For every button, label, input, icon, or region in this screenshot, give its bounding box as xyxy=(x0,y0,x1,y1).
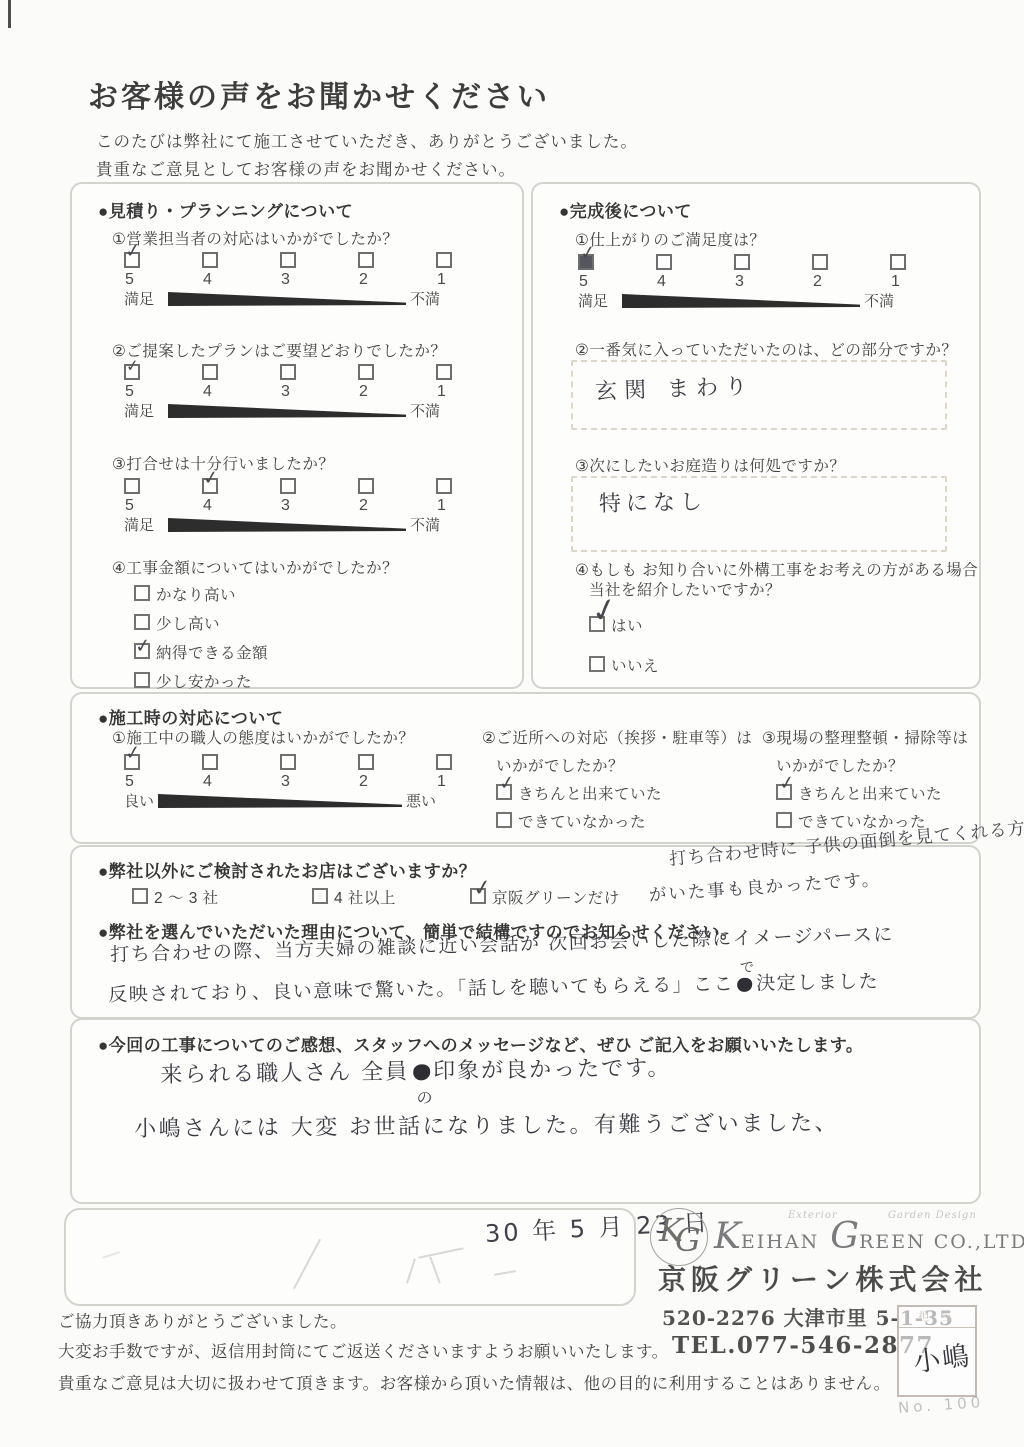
handwriting-reason-sup: で xyxy=(740,957,756,977)
company-name: 京阪グリーン株式会社 xyxy=(658,1258,987,1298)
scale-bad-label: 悪い xyxy=(406,790,436,811)
rating-checkbox-2[interactable] xyxy=(358,364,374,380)
scale-dissatisfied-label: 不満 xyxy=(410,288,440,309)
rating-checkbox-3[interactable] xyxy=(280,754,296,770)
logo-text-eihan: EIHAN xyxy=(741,1231,819,1253)
rating-number: 4 xyxy=(203,497,218,515)
logo-small-text-2: Garden Design xyxy=(888,1210,977,1221)
checkbox[interactable]: ✓ xyxy=(470,888,486,904)
checkbox[interactable]: ✓ xyxy=(589,616,605,632)
rating-number: 1 xyxy=(437,383,452,401)
construction-q3-label-line2: いかがでしたか？ xyxy=(776,754,904,776)
rating-checkbox-1[interactable] xyxy=(436,252,452,268)
rating-checkbox-5[interactable] xyxy=(124,478,140,494)
rating-number: 3 xyxy=(735,273,750,291)
rating-number: 2 xyxy=(359,271,374,289)
option-label: 2 ～ 3 社 xyxy=(154,890,219,907)
rating-checkbox-4[interactable] xyxy=(202,754,218,770)
neighbor-option-not-done[interactable]: できていなかった xyxy=(496,810,646,832)
price-option-too-high[interactable]: かなり高い xyxy=(134,583,236,605)
checkbox[interactable] xyxy=(776,812,792,828)
site-option-done-well[interactable]: ✓きちんと出来ていた xyxy=(776,782,942,804)
company-tel: TEL.077-546-2877 xyxy=(672,1332,934,1359)
construction-q2-label-line1: ②ご近所への対応（挨拶・駐車等）は xyxy=(482,726,752,748)
rating-number: 3 xyxy=(281,271,296,289)
completion-q4-label-line2: 当社を紹介したいですか？ xyxy=(589,578,781,600)
rating-checkbox-1[interactable] xyxy=(436,478,452,494)
impressions-header: ●今回の工事についてのご感想、スタッフへのメッセージなど、ぜひ ご記入をお願いい… xyxy=(98,1031,863,1056)
completion-q4-label-line1: ④もしも お知り合いに外構工事をお考えの方がある場合 xyxy=(575,558,978,580)
rating-number: 2 xyxy=(359,773,374,791)
scale-wedge xyxy=(622,294,860,308)
scale-satisfied-label: 満足 xyxy=(124,400,154,421)
rating-number: 3 xyxy=(281,383,296,401)
option-label: 納得できる金額 xyxy=(156,645,268,662)
scale-satisfied-label: 満足 xyxy=(124,288,154,309)
rating-number: 2 xyxy=(359,383,374,401)
planning-q2-scale: ✓5 4 3 2 1 満足不満 xyxy=(124,364,464,422)
logo-letter-k: K xyxy=(714,1216,741,1257)
scale-wedge xyxy=(168,404,406,418)
handwriting-next-garden: 特になし xyxy=(599,485,708,518)
scan-artifact xyxy=(8,0,11,28)
option-label: かなり高い xyxy=(156,587,236,604)
handwriting-message-pre: 来られる職人さん 全員 xyxy=(160,1060,409,1088)
rating-number: 3 xyxy=(281,497,296,515)
planning-q1-label: ①営業担当者の対応はいかがでしたか？ xyxy=(112,227,398,249)
ink-blob xyxy=(737,978,752,992)
scale-wedge xyxy=(168,518,406,532)
rating-checkbox-3[interactable] xyxy=(734,254,750,270)
handwriting-message-post: 印象が良かったです。 xyxy=(433,1056,672,1084)
rating-number: 3 xyxy=(281,773,296,791)
pencil-scribble xyxy=(102,1251,120,1258)
handwriting-reason-line2-text2: 決定しました xyxy=(756,971,879,995)
ink-blob-icon: で xyxy=(734,973,756,995)
rating-checkbox-5[interactable]: ✓ xyxy=(124,252,140,268)
compare-option-2-3[interactable]: 2 ～ 3 社 xyxy=(132,886,219,908)
rating-checkbox-1[interactable] xyxy=(890,254,906,270)
rating-number: 5 xyxy=(579,273,594,291)
check-mark-icon: ✓ xyxy=(134,636,153,657)
logo-letter-g: G xyxy=(830,1216,859,1257)
planning-q3-label: ③打合せは十分行いましたか？ xyxy=(112,452,334,474)
rating-checkbox-5[interactable]: ✓ xyxy=(124,364,140,380)
rating-checkbox-4[interactable] xyxy=(202,252,218,268)
checkbox[interactable]: ✓ xyxy=(134,643,150,659)
scale-wedge xyxy=(168,292,406,306)
planning-header: ●見積り・プランニングについて xyxy=(98,197,353,222)
handwriting-stamp-name: 小嶋 xyxy=(911,1334,973,1380)
handwriting-message-line2: 小嶋さんには 大変 お世話になりました。有難うございました、 xyxy=(134,1106,839,1143)
footer-line-2: 大変お手数ですが、返信用封筒にてご返送くださいますようお願いいたします。 xyxy=(58,1338,669,1362)
checkbox[interactable] xyxy=(496,812,512,828)
scale-dissatisfied-label: 不満 xyxy=(410,400,440,421)
rating-number: 1 xyxy=(891,273,906,291)
pencil-scribble xyxy=(293,1239,321,1289)
refer-option-no[interactable]: いいえ xyxy=(589,654,659,676)
planning-section-box: ●見積り・プランニングについて ①営業担当者の対応はいかがでしたか？ ✓5 4 … xyxy=(70,182,524,689)
construction-q3-label-line1: ③現場の整理整頓・掃除等は xyxy=(762,726,968,748)
completion-q2-label: ②一番気に入っていただいたのは、どの部分ですか？ xyxy=(575,338,957,360)
scale-wedge xyxy=(158,794,402,808)
option-label: 少し安かった xyxy=(156,674,252,691)
rating-number: 4 xyxy=(657,273,672,291)
pencil-scribble xyxy=(494,1270,516,1276)
rating-checkbox-1[interactable] xyxy=(436,364,452,380)
rating-checkbox-4[interactable] xyxy=(202,364,218,380)
rating-checkbox-4[interactable]: ✓ xyxy=(202,478,218,494)
pencil-scribble xyxy=(406,1258,416,1283)
price-option-bit-high[interactable]: 少し高い xyxy=(134,612,220,634)
logo-small-text-1: Exterior xyxy=(788,1210,838,1221)
logo-text-reen: REEN CO.,LTD. xyxy=(859,1231,1024,1253)
scale-dissatisfied-label: 不満 xyxy=(410,514,440,535)
handwriting-favorite-part: 玄関 まわり xyxy=(595,369,755,406)
option-label: いいえ xyxy=(611,658,659,675)
handwriting-message-line1: 来られる職人さん 全員の印象が良かったです。 xyxy=(160,1051,672,1089)
scale-satisfied-label: 満足 xyxy=(124,514,154,535)
rating-checkbox-2[interactable] xyxy=(358,252,374,268)
planning-q4-label: ④工事金額についてはいかがでしたか？ xyxy=(112,556,398,578)
rating-number: 4 xyxy=(203,271,218,289)
construction-q2-label-line2: いかがでしたか？ xyxy=(496,754,624,776)
intro-line-1: このたびは弊社にて施工させていただき、ありがとうございました。 xyxy=(96,128,638,152)
option-label: 4 社以上 xyxy=(334,890,396,907)
construction-q1-label: ①施工中の職人の態度はいかがでしたか？ xyxy=(112,726,414,748)
checkbox[interactable] xyxy=(132,888,148,904)
completion-q1-scale: ✓5 4 3 2 1 満足不満 xyxy=(578,254,918,312)
checkbox[interactable] xyxy=(134,672,150,688)
page-title: お客様の声をお聞かせください xyxy=(88,72,550,116)
construction-q1-scale: ✓5 4 3 2 1 良い悪い xyxy=(124,754,464,812)
ink-blob xyxy=(413,1064,430,1080)
rating-number: 2 xyxy=(813,273,828,291)
stamp-header: 担 当 xyxy=(899,1307,975,1328)
option-label: きちんと出来ていた xyxy=(798,786,942,803)
option-label: はい xyxy=(611,618,643,635)
planning-q2-label: ②ご提案したプランはご要望どおりでしたか？ xyxy=(112,339,446,361)
checkbox[interactable] xyxy=(589,656,605,672)
completion-q1-label: ①仕上がりのご満足度は？ xyxy=(575,228,765,250)
check-mark-icon: ✓ xyxy=(778,773,797,794)
handwriting-reason-line2-text: 反映されており、良い意味で驚いた。「話しを聴いてもらえる」ここ xyxy=(108,973,734,1006)
footer-line-1: ご協力頂きありがとうございました。 xyxy=(58,1308,347,1332)
footer-line-3: 貴重なご意見は大切に扱わせて頂きます。お客様から頂いた情報は、他の目的に利用する… xyxy=(58,1370,891,1394)
planning-q3-scale: 5 ✓4 3 2 1 満足不満 xyxy=(124,478,464,536)
rating-number: 1 xyxy=(437,497,452,515)
staff-stamp-box: 担 当 小嶋 xyxy=(897,1305,977,1397)
rating-checkbox-5[interactable]: ✓ xyxy=(578,254,594,270)
checkbox[interactable]: ✓ xyxy=(496,784,512,800)
option-label: きちんと出来ていた xyxy=(518,786,662,803)
rating-checkbox-3[interactable] xyxy=(280,364,296,380)
completion-q3-label: ③次にしたいお庭造りは何処ですか？ xyxy=(575,454,845,476)
handwriting-message-sub: の xyxy=(416,1085,434,1108)
rating-checkbox-4[interactable] xyxy=(656,254,672,270)
planning-q1-scale: ✓5 4 3 2 1 満足不満 xyxy=(124,252,464,310)
rating-checkbox-2[interactable] xyxy=(812,254,828,270)
checkbox[interactable] xyxy=(312,888,328,904)
rating-number: 5 xyxy=(125,773,140,791)
rating-checkbox-3[interactable] xyxy=(280,252,296,268)
check-mark-icon: ✓ xyxy=(498,773,517,794)
comparison-header: ●弊社以外にご検討されたお店はございますか？ xyxy=(98,857,476,882)
price-option-bit-cheap[interactable]: 少し安かった xyxy=(134,670,252,692)
checkbox[interactable] xyxy=(134,614,150,630)
rating-checkbox-5[interactable]: ✓ xyxy=(124,754,140,770)
scale-satisfied-label: 満足 xyxy=(578,290,608,311)
compare-option-keihan-only[interactable]: ✓京阪グリーンだけ xyxy=(470,886,620,908)
logo-monogram-g: G xyxy=(675,1221,701,1259)
rating-checkbox-1[interactable] xyxy=(436,754,452,770)
price-option-fair[interactable]: ✓納得できる金額 xyxy=(134,641,268,663)
rating-number: 5 xyxy=(125,271,140,289)
refer-option-yes[interactable]: ✓はい xyxy=(589,614,643,636)
pencil-scribble xyxy=(418,1247,463,1259)
rating-number: 4 xyxy=(203,383,218,401)
completion-header: ●完成後について xyxy=(559,197,692,222)
rating-number: 5 xyxy=(125,497,140,515)
intro-line-2: 貴重なご意見としてお客様の声をお聞かせください。 xyxy=(96,156,516,180)
rating-checkbox-2[interactable] xyxy=(358,478,374,494)
impressions-section-box: ●今回の工事についてのご感想、スタッフへのメッセージなど、ぜひ ご記入をお願いい… xyxy=(70,1018,981,1204)
rating-number: 2 xyxy=(359,497,374,515)
completion-section-box: ●完成後について ①仕上がりのご満足度は？ ✓5 4 3 2 1 満足不満 ②一… xyxy=(531,182,981,689)
option-label: できていなかった xyxy=(518,814,646,831)
logo-wordmark: KEIHAN GREEN CO.,LTD. xyxy=(714,1216,1024,1257)
checkbox[interactable] xyxy=(134,585,150,601)
ink-blob-icon: の xyxy=(409,1059,433,1084)
scale-good-label: 良い xyxy=(124,790,154,811)
neighbor-option-done-well[interactable]: ✓きちんと出来ていた xyxy=(496,782,662,804)
option-label: 少し高い xyxy=(156,616,220,633)
rating-number: 1 xyxy=(437,773,452,791)
compare-option-4plus[interactable]: 4 社以上 xyxy=(312,886,396,908)
checkbox[interactable]: ✓ xyxy=(776,784,792,800)
rating-number: 1 xyxy=(437,271,452,289)
rating-number: 5 xyxy=(125,383,140,401)
rating-checkbox-2[interactable] xyxy=(358,754,374,770)
construction-section-box: ●施工時の対応について ①施工中の職人の態度はいかがでしたか？ ✓5 4 3 2… xyxy=(70,692,981,844)
rating-checkbox-3[interactable] xyxy=(280,478,296,494)
scale-dissatisfied-label: 不満 xyxy=(864,290,894,311)
pencil-scribble xyxy=(429,1257,440,1284)
handwriting-reason-line2: 反映されており、良い意味で驚いた。「話しを聴いてもらえる」ここで決定しました xyxy=(108,967,879,1007)
scanned-survey-page: { "icons": { "check": "✓" }, "page": { "… xyxy=(0,0,1024,1447)
rating-number: 4 xyxy=(203,773,218,791)
option-label: 京阪グリーンだけ xyxy=(492,890,620,907)
